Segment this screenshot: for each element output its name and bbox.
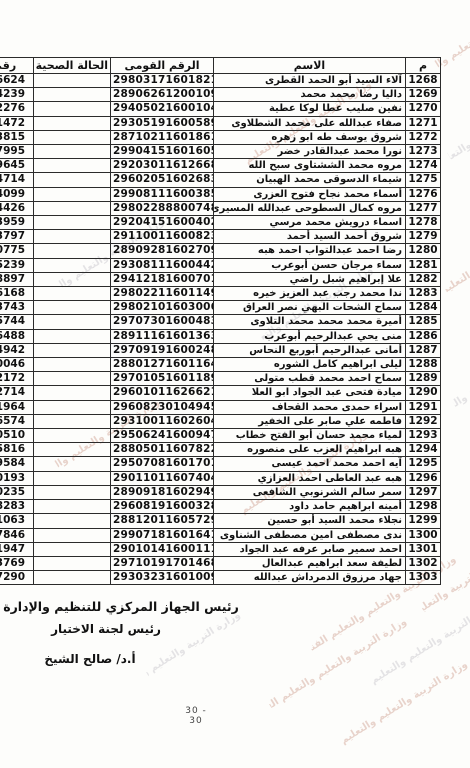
watermark-text: وزارة التربية والتعليم والتعليم الفنى - … [451,358,470,410]
cell-name: سماح الشحات البهي نصر العراق [214,301,406,315]
cell-name: شيماء الدسوقى محمد الهبيان [214,173,406,187]
cell-name: أمانى عبدالرحيم أبوربع النحاس [214,343,406,357]
cell-serial: 1271 [406,116,441,130]
cell-seat: 10510 [0,429,34,443]
cell-name: ليلى ابراهيم كامل الشوره [214,358,406,372]
cell-serial: 1291 [406,400,441,414]
table-row: 1291اسراء حمدى محمد القحاف29608230104945… [0,400,441,414]
cell-seat: 20775 [0,244,34,258]
cell-health [34,457,111,471]
cell-seat: 24239 [0,88,34,102]
cell-health [34,372,111,386]
cell-national_id: 29907181601641 [111,528,214,542]
cell-health [34,173,111,187]
cell-name: شروق أحمد السيد أحمد [214,230,406,244]
table-row: 1302لطيفة سعد ابراهيم عبدالعال2971019170… [0,556,441,570]
table-row: 1289سماح احمد محمد قطب متولى297010516011… [0,372,441,386]
cell-seat: 39645 [0,159,34,173]
cell-national_id: 29412181600701 [111,272,214,286]
cell-national_id: 29803171601821 [111,74,214,88]
cell-national_id: 28710211601861 [111,130,214,144]
table-row: 1283ندا محمد رجب عبد العزيز خيره29802211… [0,287,441,301]
cell-national_id: 29303231601009 [111,571,214,585]
table-row: 1288ليلى ابراهيم كامل الشوره288012716011… [0,358,441,372]
cell-national_id: 29601011626621 [111,386,214,400]
cell-health [34,528,111,542]
cell-serial: 1289 [406,372,441,386]
cell-seat: 91472 [0,116,34,130]
watermark-text: وزارة التربية والتعليم والتعليم الفنى - … [366,599,470,688]
table-row: 1272شروق يوسف طه ابو زهره287102116018613… [0,130,441,144]
cell-national_id: 29701051601189 [111,372,214,386]
cell-health [34,258,111,272]
cell-name: مروه كمال السطوحى عبدالله المسيرى [214,201,406,215]
table-row: 1293لمياء محمد حسان أبو الفتح خطاب295062… [0,429,441,443]
cell-serial: 1297 [406,485,441,499]
cell-seat: 46574 [0,414,34,428]
cell-health [34,542,111,556]
document-page: وزارة التربية والتعليم والتعليم الفنى - … [0,0,470,768]
cell-national_id: 29305191600589 [111,116,214,130]
table-row: 1279شروق أحمد السيد أحمد2911001160082393… [0,230,441,244]
cell-health [34,244,111,258]
table-row: 1303جهاد مرزوق الدمرداش عبدالله293032316… [0,571,441,585]
cell-name: ندا محمد رجب عبد العزيز خيره [214,287,406,301]
cell-name: ميادة فتحى عبد الجواد ابو العلا [214,386,406,400]
cell-serial: 1287 [406,343,441,357]
cell-health [34,329,111,343]
cell-serial: 1269 [406,88,441,102]
col-header-serial: م [406,58,441,74]
cell-health [34,145,111,159]
cell-health [34,272,111,286]
cell-name: آلاء السيد أبو الحمد القطرى [214,74,406,88]
table-row: 1294هبه ابراهيم العزب على منصوره28805011… [0,443,441,457]
cell-seat: 11063 [0,514,34,528]
cell-health [34,74,111,88]
cell-name: جهاد مرزوق الدمرداش عبدالله [214,571,406,585]
cell-serial: 1302 [406,556,441,570]
footer-committee-line: رئيس لجنة الاختيار [0,622,212,636]
cell-health [34,400,111,414]
cell-health [34,301,111,315]
table-row: 1297سمر سالم الشرنوبي الشافعى28909181602… [0,485,441,499]
cell-health [34,230,111,244]
cell-national_id: 28906261200109 [111,88,214,102]
table-row: 1280رضا احمد عبدالتواب احمد هبه289092816… [0,244,441,258]
table-row: 1273نورا محمد عبدالقادر خضر2990415160160… [0,145,441,159]
cell-name: فاطمه علي صابر على الخفير [214,414,406,428]
col-header-national-id: الرقم القومى [111,58,214,74]
cell-serial: 1290 [406,386,441,400]
cell-serial: 1298 [406,500,441,514]
cell-national_id: 29608230104945 [111,400,214,414]
table-header-row: م الاسم الرقم القومى الحالة الصحية رقم ا… [0,58,441,74]
cell-seat: 56168 [0,287,34,301]
cell-name: أسماء محمد نجاح فتوح العزرى [214,187,406,201]
cell-serial: 1278 [406,216,441,230]
table-row: 1270نفين صليب عطا لوكا عطية2940502160010… [0,102,441,116]
cell-health [34,358,111,372]
watermark-text: وزارة التربية والتعليم والتعليم الفنى - … [267,616,409,710]
cell-health [34,116,111,130]
cell-name: علا إبراهيم شبل راضي [214,272,406,286]
cell-seat: 61947 [0,542,34,556]
watermark-text: وزارة التربية والتعليم والتعليم الفنى - … [443,232,470,294]
cell-name: نفين صليب عطا لوكا عطية [214,102,406,116]
table-row: 1300ندى مصطفى امين مصطفى الشناوى29907181… [0,528,441,542]
cell-national_id: 29802101603006 [111,301,214,315]
col-header-name: الاسم [214,58,406,74]
cell-health [34,571,111,585]
cell-serial: 1280 [406,244,441,258]
cell-serial: 1293 [406,429,441,443]
cell-health [34,514,111,528]
cell-seat: 31964 [0,400,34,414]
cell-national_id: 29010141600111 [111,542,214,556]
cell-serial: 1285 [406,315,441,329]
cell-national_id: 29308111600442 [111,258,214,272]
table-row: 1275شيماء الدسوقى محمد الهبيان2960205160… [0,173,441,187]
cell-national_id: 29802211601149 [111,287,214,301]
cell-health [34,386,111,400]
cell-health [34,88,111,102]
cell-serial: 1279 [406,230,441,244]
cell-serial: 1277 [406,201,441,215]
cell-serial: 1296 [406,471,441,485]
cell-serial: 1284 [406,301,441,315]
cell-seat: 72172 [0,372,34,386]
cell-name: داليا رضا محمد محمد [214,88,406,102]
cell-serial: 1268 [406,74,441,88]
cell-national_id: 28909281602709 [111,244,214,258]
cell-health [34,159,111,173]
cell-name: احمد سمير صابر عرفه عبد الجواد [214,542,406,556]
cell-serial: 1282 [406,272,441,286]
cell-national_id: 29908111600385 [111,187,214,201]
cell-seat: 00235 [0,485,34,499]
table-row: 1295آيه احمد محمد احمد عيسى2950708160170… [0,457,441,471]
table-row: 1298أمينه ابراهيم حامد داود2960819160032… [0,500,441,514]
cell-name: سماء مرجان حسن أبوعرب [214,258,406,272]
cell-health [34,315,111,329]
table-row: 1271صفاء عبدالله على محمد الشطلاوى293051… [0,116,441,130]
cell-serial: 1299 [406,514,441,528]
table-row: 1274مروه محمد الششتاوى سبح الله292030116… [0,159,441,173]
cell-seat: 17995 [0,145,34,159]
cell-name: سماح احمد محمد قطب متولى [214,372,406,386]
cell-health [34,201,111,215]
cell-name: هبه ابراهيم العزب على منصوره [214,443,406,457]
cell-name: لطيفة سعد ابراهيم عبدالعال [214,556,406,570]
cell-seat: 24426 [0,201,34,215]
table-row: 1284سماح الشحات البهي نصر العراق29802101… [0,301,441,315]
cell-serial: 1275 [406,173,441,187]
cell-seat: 97846 [0,528,34,542]
cell-seat: 58897 [0,272,34,286]
cell-seat: 40193 [0,471,34,485]
cell-seat: 57290 [0,571,34,585]
cell-national_id: 29709191600248 [111,343,214,357]
cell-serial: 1300 [406,528,441,542]
cell-serial: 1272 [406,130,441,144]
cell-serial: 1274 [406,159,441,173]
table-row: 1286منى يحي عبدالرحيم أبوعرب289111616013… [0,329,441,343]
cell-national_id: 29310011602604 [111,414,214,428]
cell-national_id: 29203011612668 [111,159,214,173]
cell-name: ندى مصطفى امين مصطفى الشناوى [214,528,406,542]
cell-name: هبه عبد العاطى احمد العزازي [214,471,406,485]
cell-health [34,414,111,428]
cell-seat: 83769 [0,556,34,570]
table-row: 1268آلاء السيد أبو الحمد القطرى298031716… [0,74,441,88]
cell-health [34,500,111,514]
cell-national_id: 28805011607822 [111,443,214,457]
cell-national_id: 29110011600823 [111,230,214,244]
cell-seat: 35239 [0,258,34,272]
cell-serial: 1292 [406,414,441,428]
table-row: 1290ميادة فتحى عبد الجواد ابو العلا29601… [0,386,441,400]
cell-seat: 55744 [0,315,34,329]
cell-serial: 1301 [406,542,441,556]
cell-health [34,187,111,201]
signature-name: أ.د/ صالح الشيخ [28,652,152,666]
cell-national_id: 29011011607404 [111,471,214,485]
cell-seat: 52714 [0,386,34,400]
cell-name: اسماء درويش محمد مرسي [214,216,406,230]
cell-health [34,216,111,230]
cell-national_id: 29507081601701 [111,457,214,471]
cell-serial: 1286 [406,329,441,343]
cell-seat: 54942 [0,343,34,357]
cell-name: صفاء عبدالله على محمد الشطلاوى [214,116,406,130]
watermark-text: وزارة التربية والتعليم والتعليم الفنى - … [336,659,469,748]
cell-health [34,287,111,301]
cell-name: نجلاء محمد السيد أبو حسين [214,514,406,528]
cell-serial: 1303 [406,571,441,585]
watermark-text: وزارة التربية والتعليم والتعليم الفنى - … [143,610,242,678]
cell-national_id: 29707301600483 [111,315,214,329]
cell-national_id: 28909181602949 [111,485,214,499]
cell-seat: 50046 [0,358,34,372]
table-row: 1281سماء مرجان حسن أبوعرب293081116004423… [0,258,441,272]
cell-health [34,429,111,443]
cell-national_id: 28812011605729 [111,514,214,528]
cell-seat: 93797 [0,230,34,244]
cell-seat: 34714 [0,173,34,187]
table-row: 1282علا إبراهيم شبل راضي2941218160070158… [0,272,441,286]
cell-national_id: 29204151600402 [111,216,214,230]
cell-name: رضا احمد عبدالتواب احمد هبه [214,244,406,258]
cell-name: أمينه ابراهيم حامد داود [214,500,406,514]
cell-name: اسراء حمدى محمد القحاف [214,400,406,414]
cell-health [34,485,111,499]
cell-name: نورا محمد عبدالقادر خضر [214,145,406,159]
table-row: 1287أمانى عبدالرحيم أبوربع النحاس2970919… [0,343,441,357]
cell-health [34,343,111,357]
cell-name: شروق يوسف طه ابو زهره [214,130,406,144]
table-row: 1278اسماء درويش محمد مرسي292041516004029… [0,216,441,230]
table-row: 1296هبه عبد العاطى احمد العزازي290110116… [0,471,441,485]
cell-seat: 23743 [0,301,34,315]
candidates-table: م الاسم الرقم القومى الحالة الصحية رقم ا… [0,57,441,585]
cell-seat: 94099 [0,187,34,201]
cell-serial: 1283 [406,287,441,301]
table-row: 1292فاطمه علي صابر على الخفير29310011602… [0,414,441,428]
cell-national_id: 28911161601363 [111,329,214,343]
cell-seat: 93959 [0,216,34,230]
cell-seat: 79584 [0,457,34,471]
cell-seat: 33815 [0,130,34,144]
cell-national_id: 29602051602683 [111,173,214,187]
cell-name: منى يحي عبدالرحيم أبوعرب [214,329,406,343]
cell-national_id: 29608191600328 [111,500,214,514]
cell-serial: 1281 [406,258,441,272]
table-row: 1277مروه كمال السطوحى عبدالله المسيرى298… [0,201,441,215]
table-row: 1276أسماء محمد نجاح فتوح العزرى299081116… [0,187,441,201]
cell-serial: 1294 [406,443,441,457]
cell-serial: 1270 [406,102,441,116]
cell-health [34,102,111,116]
cell-name: آيه احمد محمد احمد عيسى [214,457,406,471]
cell-serial: 1276 [406,187,441,201]
table-row: 1269داليا رضا محمد محمد28906261200109242… [0,88,441,102]
col-header-seat-number: رقم الجلوس [0,58,34,74]
cell-health [34,471,111,485]
footer-title-line: رئيس الجهاز المركزي للتنظيم والإدارة [0,599,242,614]
page-number: 30 - 30 [178,706,214,726]
cell-name: أميرة محمد محمد محمد التلاوى [214,315,406,329]
table-row: 1299نجلاء محمد السيد أبو حسين28812011605… [0,514,441,528]
cell-national_id: 29405021600104 [111,102,214,116]
cell-health [34,130,111,144]
cell-seat: 36624 [0,74,34,88]
cell-seat: 58283 [0,500,34,514]
cell-health [34,443,111,457]
cell-national_id: 29506241600947 [111,429,214,443]
col-header-health-status: الحالة الصحية [34,58,111,74]
cell-health [34,556,111,570]
cell-seat: 42276 [0,102,34,116]
cell-seat: 16488 [0,329,34,343]
table-row: 1301احمد سمير صابر عرفه عبد الجواد290101… [0,542,441,556]
cell-name: مروه محمد الششتاوى سبح الله [214,159,406,173]
cell-serial: 1295 [406,457,441,471]
cell-national_id: 29710191701468 [111,556,214,570]
table-row: 1285أميرة محمد محمد محمد التلاوى29707301… [0,315,441,329]
cell-name: لمياء محمد حسان أبو الفتح خطاب [214,429,406,443]
cell-serial: 1273 [406,145,441,159]
cell-seat: 85816 [0,443,34,457]
cell-national_id: 29802288800748 [111,201,214,215]
cell-name: سمر سالم الشرنوبي الشافعى [214,485,406,499]
watermark-text: وزارة التربية والتعليم والتعليم الفنى - … [447,105,470,162]
cell-national_id: 29904151601605 [111,145,214,159]
cell-national_id: 28801271601164 [111,358,214,372]
cell-serial: 1288 [406,358,441,372]
